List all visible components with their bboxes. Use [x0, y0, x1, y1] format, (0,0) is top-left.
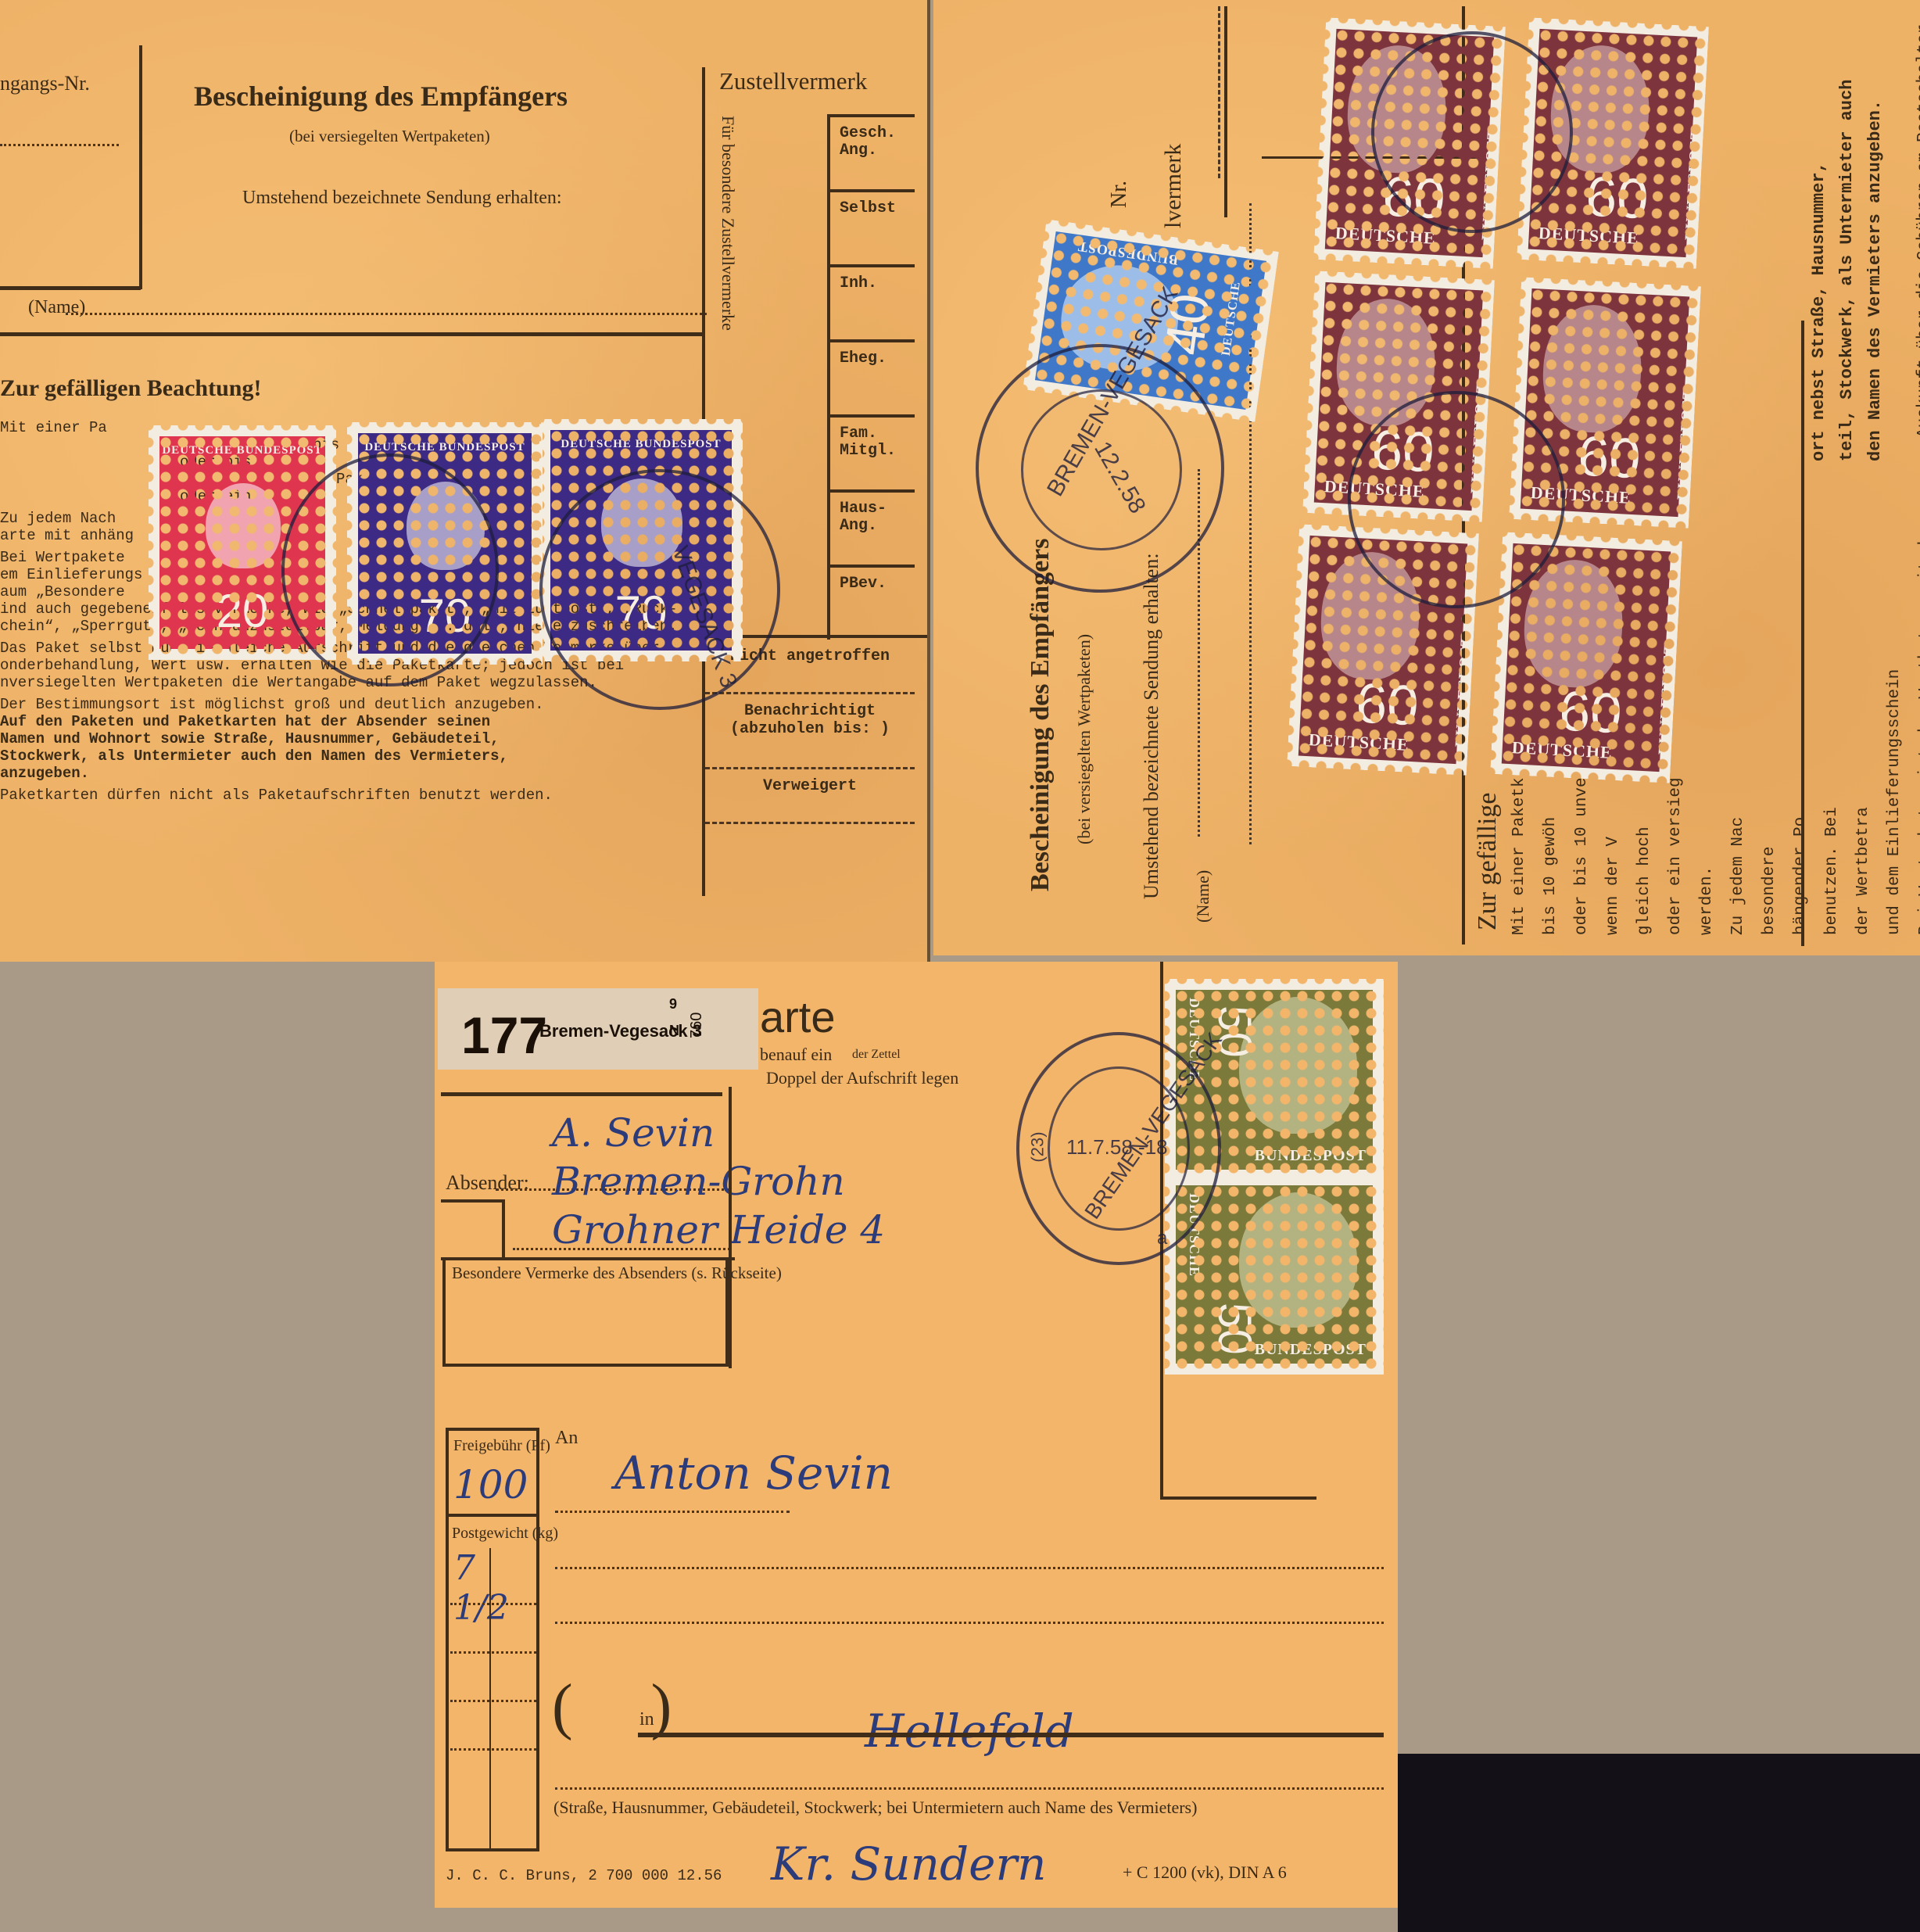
receipt-number-label: ngangs-Nr. [0, 72, 90, 95]
portrait-icon [206, 483, 280, 568]
postmark-date: 11.7.58 -18 [1066, 1135, 1168, 1160]
right-notice-bold: den Namen des Vermieters anzugeben. [1865, 100, 1885, 461]
name-field[interactable] [66, 313, 707, 315]
nr-label: Nr. [1107, 181, 1132, 208]
scan-background [1398, 1754, 1920, 1932]
instruction-line-2: Doppel der Aufschrift legen [766, 1068, 958, 1088]
instruction-line-1: benauf ein [760, 1045, 832, 1065]
page-title: Bescheinigung des Empfängers [194, 80, 568, 113]
stamp-country: DEUTSCHE BUNDESPOST [550, 438, 732, 451]
stamp-label: BUNDESPOST [1682, 128, 1698, 241]
printer-imprint: J. C. C. Bruns, 2 700 000 12.56 [446, 1867, 722, 1884]
right-name-label: (Name) [1193, 870, 1213, 923]
received-text: Umstehend bezeichnete Sendung erhalten: [242, 188, 562, 209]
vermerk-label: lvermerk [1160, 144, 1187, 228]
recipient-line-2[interactable] [555, 1567, 1384, 1569]
weight-label: Postgewicht (kg) [452, 1525, 558, 1543]
sender-label: Absender: [446, 1171, 529, 1195]
right-notice-line: bis 10 gewöh [1542, 817, 1560, 935]
street-line[interactable] [555, 1787, 1384, 1790]
right-notice-line: besondere [1761, 847, 1779, 935]
stamp-label: DEUTSCHE [1334, 223, 1436, 249]
notice-heading: Zur gefälligen Beachtung! [0, 375, 261, 402]
portrait-icon [1540, 303, 1645, 436]
divider [441, 1257, 735, 1260]
divider [0, 286, 141, 290]
stamp-label: DEUTSCHE [1538, 223, 1639, 249]
divider [502, 1199, 505, 1257]
sender-line: Grohner Heide 4 [552, 1206, 885, 1254]
postmark-text: VEGESACK 3 [666, 543, 742, 691]
right-notice-line: benutzen. Bei [1823, 807, 1841, 935]
subtitle: (bei versiegelten Wertpaketen) [289, 127, 490, 146]
stamp-label: BUNDESPOST [1255, 1147, 1367, 1165]
label-code: 760 [688, 1013, 706, 1038]
card-right: Nr. lvermerk Bescheinigung des Empfänger… [933, 0, 1920, 955]
notice-bold-line: Stockwerk, als Untermieter auch den Name… [0, 747, 704, 765]
recipient-line-3[interactable] [555, 1622, 1384, 1624]
portrait-icon [1521, 557, 1626, 690]
address-hint: (Straße, Hausnummer, Gebäudeteil, Stockw… [553, 1798, 1384, 1817]
right-notice-line: Mit einer Paketk [1510, 777, 1528, 935]
nr-field[interactable] [1218, 6, 1220, 178]
delivery-box[interactable]: Haus- Ang. [827, 489, 915, 565]
stamp-value: 60 [1354, 671, 1420, 738]
postmark: BREMEN-VEGESACK12.2.58 [976, 344, 1224, 593]
special-notes-label: Besondere Vermerke des Absenders (s. Rüc… [452, 1264, 782, 1283]
notice-bold-line: Namen und Wohnort sowie Straße, Hausnumm… [0, 730, 704, 747]
right-notice-line: der Wertbetra [1854, 807, 1872, 935]
destination-line [638, 1733, 1384, 1737]
delivery-row[interactable]: Benachrichtigt (abzuholen bis: ) [705, 694, 915, 769]
card-title: arte [760, 991, 836, 1042]
form-code: + C 1200 (vk), DIN A 6 [1123, 1862, 1287, 1883]
right-notice-line: und dem Einlieferungsschein [1886, 669, 1904, 935]
divider [139, 45, 142, 289]
delivery-heading: Zustellvermerk [719, 67, 867, 95]
recipient-line: Kr. Sundern [771, 1837, 1047, 1891]
divider [0, 332, 704, 336]
stamp-value: 60 [1584, 164, 1650, 231]
stamp-label: BUNDESPOST [1656, 643, 1671, 755]
delivery-box[interactable]: Selbst [827, 189, 915, 264]
divider [441, 1199, 503, 1203]
stamp-value: 60 [1557, 679, 1623, 746]
postmark: BREMEN-VEGESACK11.7.58 -18(23)a [1016, 1032, 1221, 1265]
notice-bold-line: Auf den Paketen und Paketkarten hat der … [0, 713, 704, 730]
right-subtitle: (bei versiegelten Wertpaketen) [1074, 634, 1094, 844]
divider [729, 1087, 732, 1368]
delivery-box[interactable]: Eheg. [827, 339, 915, 414]
sender-line: Bremen-Grohn [552, 1157, 885, 1206]
right-notice-line: gleich hoch [1635, 826, 1653, 935]
delivery-box[interactable]: Gesch. Ang. [827, 114, 915, 189]
notice-footer: Paketkarten dürfen nicht als Paketaufsch… [0, 787, 704, 804]
weight-box[interactable]: Postgewicht (kg) 7 1/2 [446, 1514, 539, 1851]
delivery-boxes: Gesch. Ang.SelbstInh.Eheg.Fam. Mitgl.Hau… [827, 114, 915, 640]
stamp-label: BUNDESPOST [1255, 1341, 1367, 1359]
in-label: in [639, 1709, 654, 1730]
postmark [1348, 391, 1565, 608]
weight-value: 7 1/2 [453, 1548, 536, 1628]
right-notice-line: werden. [1698, 866, 1716, 935]
registration-label: 177 Bremen-Vegesack 3 9 N 760 [438, 988, 758, 1070]
stamp-label: DEUTSCHE [1220, 281, 1244, 357]
right-notice-bold: ort nebst Straße, Hausnummer, [1809, 162, 1829, 461]
stamp-label: DEUTSCHE [1511, 737, 1613, 763]
label-code: 9 [669, 996, 677, 1013]
notice-bold-line: anzugeben. [0, 765, 704, 782]
stamp-value: 60 [1576, 424, 1642, 491]
right-notice-bold: teil, Stockwerk, als Untermieter auch [1837, 80, 1857, 461]
recipient-line-1[interactable] [555, 1511, 790, 1513]
sender-line: A. Sevin [552, 1109, 885, 1157]
notice-line: Der Bestimmungsort ist möglichst groß un… [0, 696, 704, 713]
label-code: N [669, 1023, 679, 1039]
fee-value: 100 [453, 1462, 528, 1507]
stamp-label: DEUTSCHE [1308, 729, 1410, 755]
stamp-label: BUNDESPOST [1453, 635, 1468, 747]
stamp-country: DEUTSCHE BUNDESPOST [358, 441, 532, 454]
receipt-number-field[interactable] [0, 144, 119, 146]
recipient-line: Hellefeld [865, 1704, 1074, 1758]
postmark [281, 453, 499, 686]
stamp-label: BUNDESPOST [1076, 238, 1180, 268]
card-left: ngangs-Nr. Bescheinigung des Empfängers … [0, 0, 930, 962]
delivery-box[interactable]: Fam. Mitgl. [827, 414, 915, 489]
right-notice-line: Bei Wertpaketen ist der Wertbetrag mit d… [1917, 522, 1920, 935]
divider [1224, 6, 1227, 217]
right-notice-line: wenn der V [1604, 837, 1622, 935]
recipient-line: Anton Sevin [614, 1446, 893, 1500]
divider [441, 1092, 722, 1096]
postmark: VEGESACK 3 [539, 469, 780, 710]
fee-label: Freigebühr (Pf) [453, 1437, 550, 1455]
right-title: Bescheinigung des Empfängers [1026, 539, 1055, 892]
right-notice-line: Zu jedem Nac [1729, 817, 1747, 935]
delivery-box[interactable]: PBev. [827, 565, 915, 640]
stamp-label: BUNDESPOST [1675, 388, 1690, 500]
right-notice-footer: Auskunft über die Gebühren am Postschalt… [1915, 14, 1920, 438]
label-number: 177 [461, 1005, 547, 1065]
delivery-row[interactable]: Verweigert [705, 769, 915, 824]
postmark [1371, 31, 1573, 233]
to-label: An [555, 1428, 578, 1449]
sender-handwriting: A. SevinBremen-GrohnGrohner Heide 4 [552, 1109, 885, 1254]
delivery-box[interactable]: Inh. [827, 264, 915, 339]
right-notice-line: oder bis 10 unve [1573, 777, 1591, 935]
special-notes-box[interactable]: Besondere Vermerke des Absenders (s. Rüc… [442, 1257, 729, 1367]
postmark-code: (23) [1028, 1131, 1048, 1162]
instruction-line-1b: der Zettel [852, 1048, 901, 1062]
card-edge [927, 0, 930, 962]
card-bottom: 177 Bremen-Vegesack 3 9 N 760 arte benau… [435, 962, 1398, 1908]
right-notice-heading: Zur gefällige [1473, 792, 1503, 930]
postmark-letter: a [1157, 1228, 1167, 1249]
right-notice-line: oder ein versieg [1667, 777, 1685, 935]
stamp-country: DEUTSCHE BUNDESPOST [159, 444, 325, 457]
divider [1160, 1496, 1316, 1500]
fee-box[interactable]: Freigebühr (Pf) 100 [446, 1428, 539, 1514]
delivery-vertical-label: Für besondere Zustellvermerke [718, 116, 738, 331]
right-received-text: Umstehend bezeichnete Sendung erhalten: [1140, 553, 1163, 899]
